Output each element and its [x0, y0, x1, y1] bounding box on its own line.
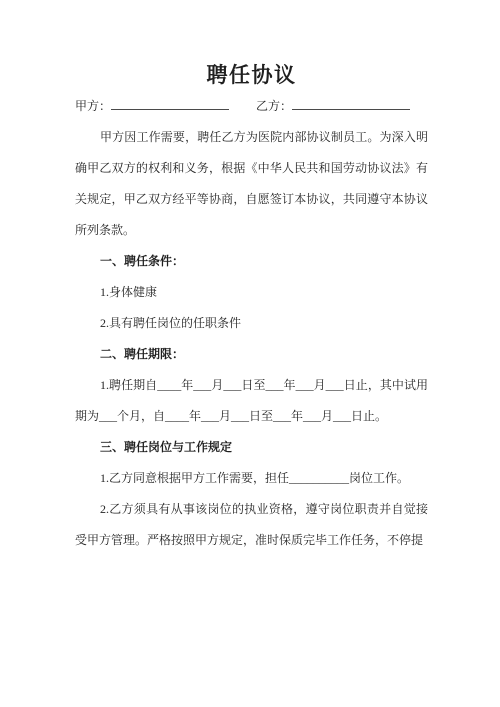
party-b-label: 乙方： — [256, 91, 292, 122]
document-page: 聘任协议 甲方： 乙方： 甲方因工作需要，聘任乙方为医院内部协议制员工。为深入明… — [0, 0, 500, 707]
section-3-item-1: 1.乙方同意根据甲方工作需要，担任__________岗位工作。 — [75, 463, 428, 494]
party-a-blank — [111, 96, 229, 110]
party-a-label: 甲方： — [75, 91, 111, 122]
section-1-heading: 一、聘任条件： — [75, 246, 428, 277]
intro-paragraph: 甲方因工作需要，聘任乙方为医院内部协议制员工。为深入明确甲乙双方的权利和义务，根… — [75, 122, 428, 246]
party-b: 乙方： — [256, 91, 410, 122]
party-a: 甲方： — [75, 91, 229, 122]
party-row: 甲方： 乙方： — [75, 91, 428, 122]
section-3-heading: 三、聘任岗位与工作规定 — [75, 432, 428, 463]
section-1-item-1: 1.身体健康 — [75, 277, 428, 308]
party-b-blank — [292, 96, 410, 110]
section-2-heading: 二、聘任期限： — [75, 339, 428, 370]
section-1-item-2: 2.具有聘任岗位的任职条件 — [75, 308, 428, 339]
section-2-item-1: 1.聘任期自____年___月___日至___年___月___日止，其中试用期为… — [75, 370, 428, 432]
section-3-item-2: 2.乙方须具有从事该岗位的执业资格，遵守岗位职责并自觉接受甲方管理。严格按照甲方… — [75, 494, 428, 556]
document-content: 聘任协议 甲方： 乙方： 甲方因工作需要，聘任乙方为医院内部协议制员工。为深入明… — [75, 60, 428, 556]
document-title: 聘任协议 — [75, 60, 428, 91]
